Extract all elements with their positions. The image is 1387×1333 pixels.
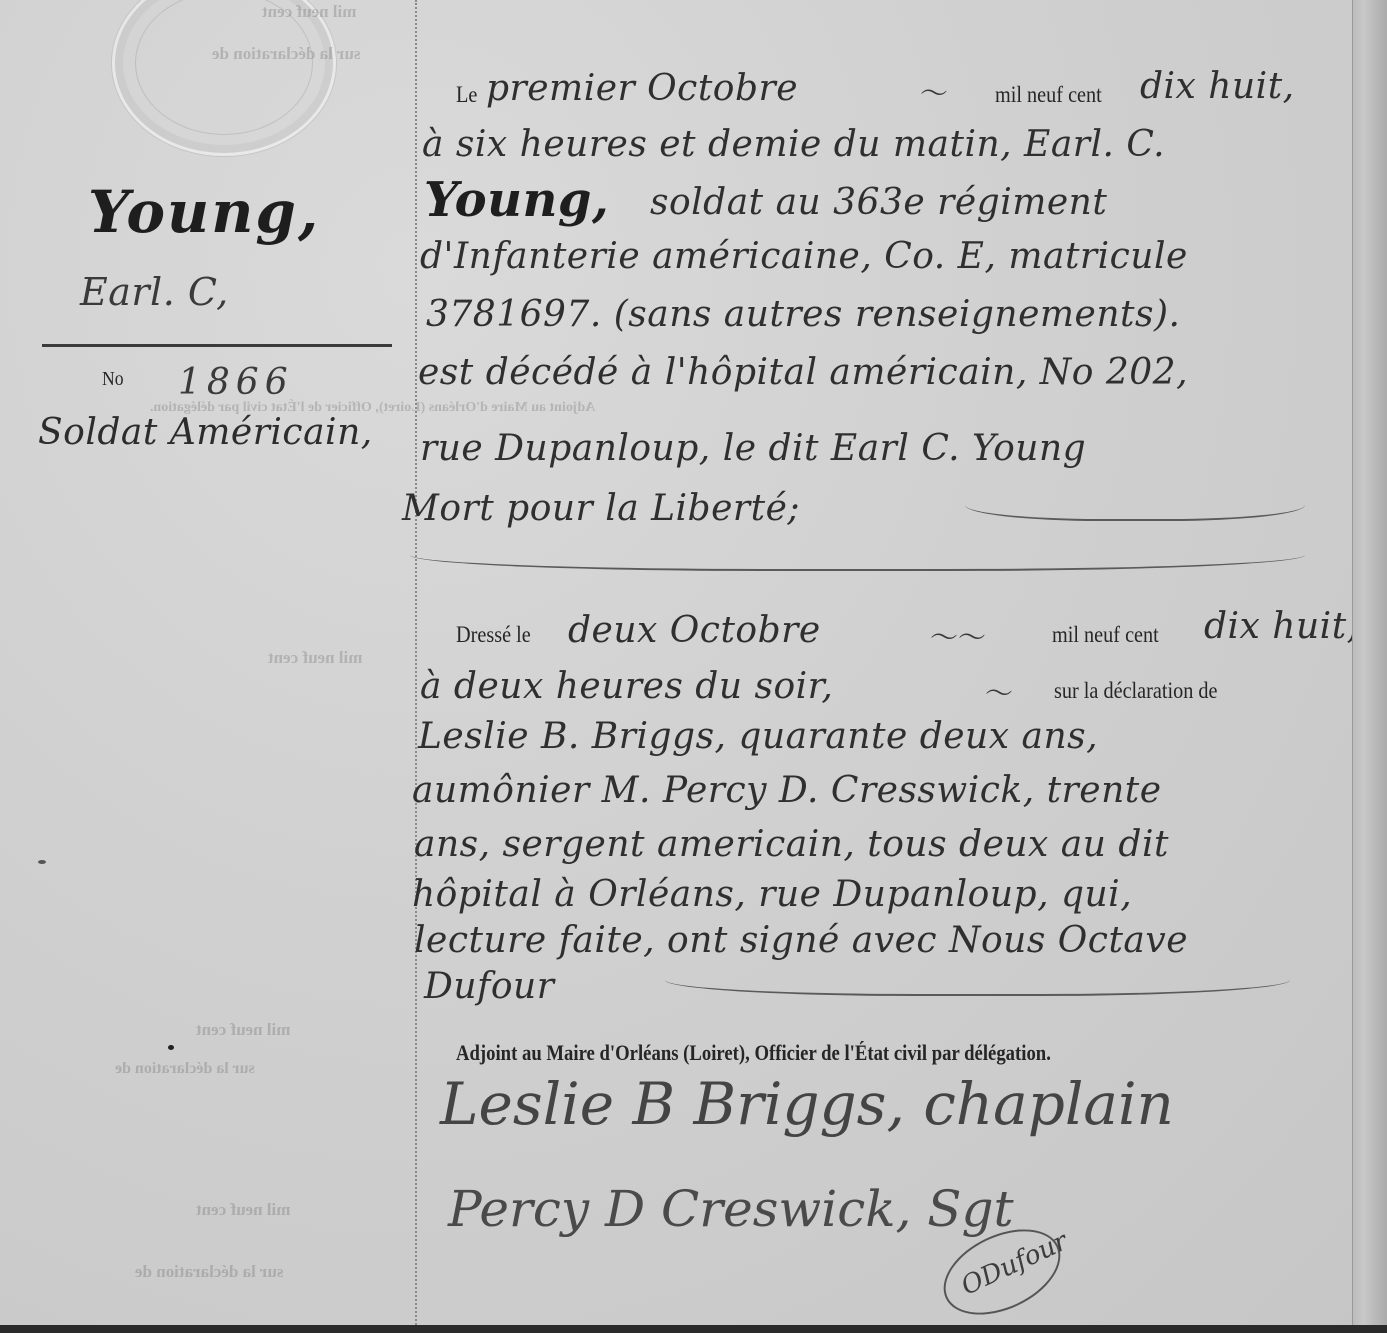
- printed-mil-neuf-cent: mil neuf cent: [995, 82, 1102, 108]
- drawn-line-5: ans, sergent americain, tous deux au dit: [414, 824, 1169, 865]
- printed-le: Le: [456, 82, 477, 108]
- printed-dresse-le: Dressé le: [456, 622, 531, 648]
- drawn-line-2-hand: à deux heures du soir,: [420, 666, 833, 707]
- act-line-7: rue Dupanloup, le dit Earl C. Young: [420, 428, 1086, 469]
- ink-spot: [38, 860, 46, 864]
- officer-caption: Adjoint au Maire d'Orléans (Loiret), Off…: [456, 1040, 1051, 1066]
- margin-surname: Young,: [88, 178, 320, 246]
- hand-year: dix huit,: [1140, 66, 1295, 107]
- printed-sur-la-declaration: sur la déclaration de: [1054, 678, 1218, 704]
- document-page: mil neuf cent sur la déclaration de Adjo…: [0, 0, 1387, 1333]
- page-bottom-edge: [0, 1325, 1387, 1333]
- act-line-2: à six heures et demie du matin, Earl. C.: [422, 124, 1165, 165]
- act-line-6: est décédé à l'hôpital américain, No 202…: [418, 352, 1188, 393]
- margin-description: Soldat Américain,: [38, 412, 373, 453]
- margin-given-names: Earl. C,: [80, 270, 229, 314]
- act-line-4: d'Infanterie américaine, Co. E, matricul…: [420, 236, 1188, 277]
- section-separator: [410, 555, 1305, 571]
- drawn-line-4: aumônier M. Percy D. Cresswick, trente: [412, 770, 1162, 811]
- filler-mark: 〜〜: [930, 616, 986, 656]
- record-number: 1866: [178, 362, 294, 403]
- act-line-3: soldat au 363e régiment: [650, 182, 1107, 223]
- margin-divider: [42, 344, 392, 347]
- drawn-line-8: Dufour: [424, 966, 554, 1007]
- printed-mil-neuf-cent: mil neuf cent: [1052, 622, 1159, 648]
- drawn-line-7: lecture faite, ont signé avec Nous Octav…: [414, 920, 1188, 961]
- act-line-8: Mort pour la Liberté;: [402, 488, 800, 529]
- margin-column: Young, Earl. C, No 1866 Soldat Américain…: [0, 0, 415, 1333]
- hand-year: dix huit,: [1204, 606, 1359, 647]
- column-divider: [415, 0, 417, 1333]
- filler-line: [965, 505, 1305, 521]
- signature-creswick: Percy D Creswick, Sgt: [448, 1180, 1014, 1238]
- act-line-5: 3781697. (sans autres renseignements).: [426, 294, 1180, 335]
- signature-briggs: Leslie B Briggs, chaplain: [440, 1070, 1174, 1138]
- act-line-3-name: Young,: [424, 172, 609, 228]
- ink-spot: [168, 1045, 174, 1050]
- filler-line: [665, 980, 1290, 996]
- record-number-label: No: [102, 368, 124, 391]
- hand-date: premier Octobre: [486, 68, 798, 109]
- filler-mark: 〜: [985, 672, 1013, 712]
- drawn-line-3: Leslie B. Briggs, quarante deux ans,: [418, 716, 1098, 757]
- hand-date: deux Octobre: [568, 610, 821, 651]
- page-edge: [1352, 0, 1387, 1333]
- filler-mark: 〜: [920, 72, 948, 112]
- drawn-line-6: hôpital à Orléans, rue Dupanloup, qui,: [412, 874, 1132, 915]
